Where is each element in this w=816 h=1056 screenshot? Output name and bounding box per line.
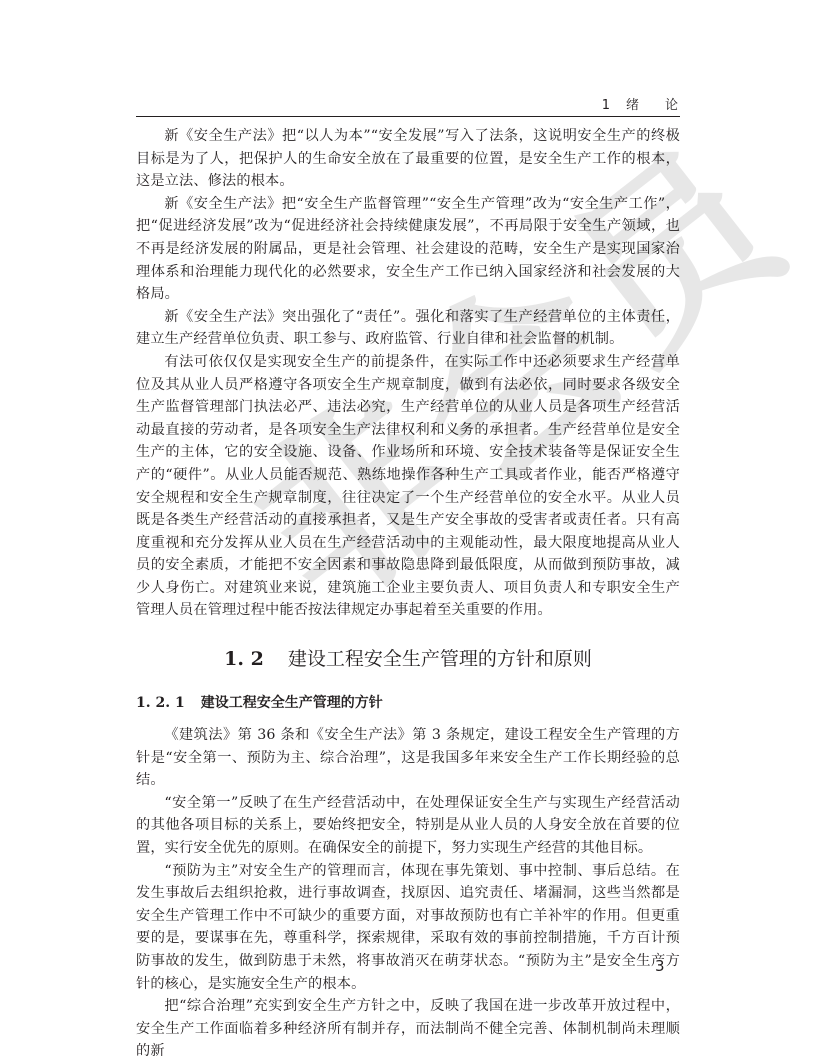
paragraph: 新《安全生产法》突出强化了“责任”。强化和落实了生产经营单位的主体责任，建立生产…: [136, 306, 680, 351]
body-text: 新《安全生产法》把“以人为本”“安全发展”写入了法条，这说明安全生产的终极目标是…: [136, 125, 680, 1056]
running-head: 1绪论: [136, 92, 680, 117]
page-number: 3: [655, 957, 665, 975]
subsection-title: 建设工程安全生产管理的方针: [201, 695, 383, 711]
paragraph: “预防为主”对安全生产的管理而言，体现在事先策划、事中控制、事后总结。在发生事故…: [136, 860, 680, 996]
section-heading: 1. 2建设工程安全生产管理的方针和原则: [136, 644, 680, 674]
section-title: 建设工程安全生产管理的方针和原则: [288, 648, 592, 670]
paragraph: “安全第一”反映了在生产经营活动中，在处理保证安全生产与实现生产经营活动的其他各…: [136, 792, 680, 860]
paragraph: 有法可依仅仅是实现安全生产的前提条件，在实际工作中还必须要求生产经营单位及其从业…: [136, 351, 680, 622]
paragraph: 新《安全生产法》把“以人为本”“安全发展”写入了法条，这说明安全生产的终极目标是…: [136, 125, 680, 193]
subsection-number: 1. 2. 1: [136, 695, 185, 711]
paragraph: 《建筑法》第 36 条和《安全生产法》第 3 条规定，建设工程安全生产管理的方针…: [136, 724, 680, 792]
paragraph: 新《安全生产法》把“安全生产监督管理”“安全生产管理”改为“安全生产工作”，把“…: [136, 193, 680, 306]
document-page: 非会员 1绪论 新《安全生产法》把“以人为本”“安全发展”写入了法条，这说明安全…: [0, 0, 816, 1056]
subsection-heading: 1. 2. 1建设工程安全生产管理的方针: [136, 692, 680, 714]
running-head-text: 1绪论: [602, 94, 678, 113]
chapter-number: 1: [602, 98, 610, 113]
chapter-title-part1: 绪: [626, 98, 639, 113]
chapter-title-part2: 论: [665, 98, 678, 113]
section-number: 1. 2: [224, 648, 264, 670]
paragraph: 把“综合治理”充实到安全生产方针之中，反映了我国在进一步改革开放过程中，安全生产…: [136, 995, 680, 1056]
